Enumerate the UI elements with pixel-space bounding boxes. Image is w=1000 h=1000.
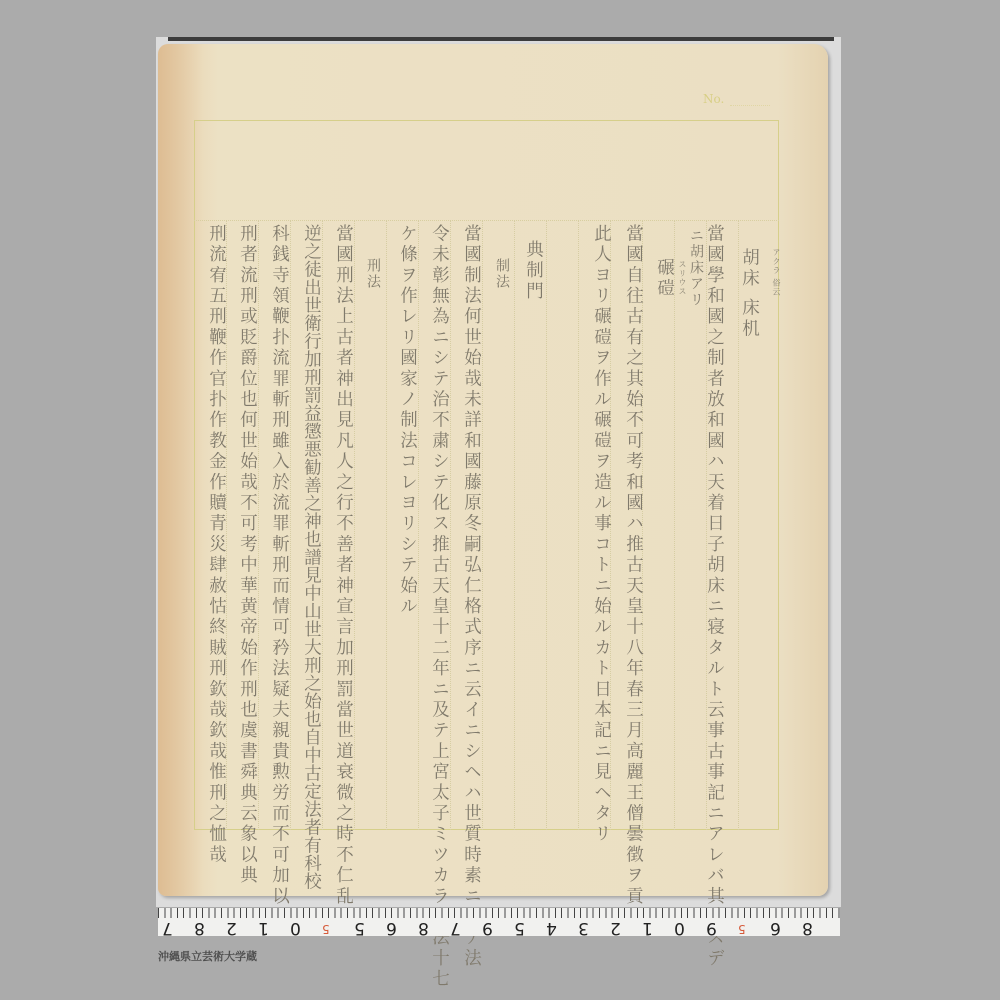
ruler-number: 8: [194, 918, 205, 936]
column-text-4: 此人ヨリ碾磑ヲ作ル碾磑ヲ造ル事コトニ始ルカト日本記ニ見ヘタリ: [592, 224, 610, 845]
column-rule: [674, 220, 675, 830]
ruler-number: 3: [578, 918, 589, 936]
measuring-ruler: 782105568795432109568: [158, 908, 840, 936]
heading-kosho: 胡床 床机: [740, 248, 758, 340]
cover-edge: [168, 37, 834, 41]
column-text-6: 令未彰無為ニシテ治不粛シテ化ス推古天皇十二年ニ及テ上宮太子ミツカラ憲法十七: [430, 224, 448, 990]
ruler-number: 8: [802, 918, 813, 936]
column-rule: [418, 220, 419, 830]
column-rule: [450, 220, 451, 830]
ruler-number: 6: [386, 918, 397, 936]
column-text-5: 當國制法何世始哉未詳和國藤原冬嗣弘仁格式序ニ云イニシヘハ世質時素ニシテ法: [462, 224, 480, 969]
header-rule: [194, 220, 779, 221]
ruler-number: 8: [418, 918, 429, 936]
ruler-number: 5: [354, 918, 365, 936]
column-text-10: 科銭寺領鞭扑流罪斬刑雖入於流罪斬刑而情可矜法疑夫親貴勲労而不可加以: [270, 224, 288, 907]
ruler-number: 9: [706, 918, 717, 936]
section-heading-tensei: 典制門: [524, 240, 542, 302]
column-rule: [578, 220, 579, 830]
column-rule: [482, 220, 483, 830]
ruler-number: 5: [738, 922, 746, 936]
column-text-8: 當國刑法上古者神出見凡人之行不善者神宣言加刑罰當世道衰微之時不仁乱: [334, 224, 352, 907]
heading-surusu: 碾磑: [655, 258, 673, 299]
column-text-3: 當國自往古有之其始不可考和國ハ推古天皇十八年春三月高麗王僧曇徴ヲ貢ル: [624, 224, 642, 928]
column-rule: [290, 220, 291, 830]
column-text-11: 刑者流刑或貶爵位也何世始哉不可考中華黄帝始作刑也虞書舜典云象以典: [238, 224, 256, 886]
page-number-field: [730, 105, 770, 106]
ruler-number: 9: [482, 918, 493, 936]
ruler-number: 6: [770, 918, 781, 936]
ruler-ticks: [158, 908, 840, 918]
ruby-kosho: アクラ 俗云: [772, 248, 780, 297]
ruler-number: 1: [642, 918, 653, 936]
ruby-surusu: スリウス: [678, 260, 686, 296]
ruler-number: 0: [674, 918, 685, 936]
ruler-number: 4: [546, 918, 557, 936]
column-text-9: 逆之徒出世衛行加刑罰益懲悪勧善之神也譜見中山世大刑之始也自中古定法者有科校: [302, 224, 320, 890]
column-text-12: 刑流宥五刑鞭作官扑作教金作贖青災肆赦怙終賊刑欽哉欽哉惟刑之恤哉: [207, 224, 225, 866]
subheading-keiho: 刑法: [366, 258, 380, 290]
column-rule: [258, 220, 259, 830]
page-number-label: No.: [703, 92, 724, 106]
ruler-number: 0: [290, 918, 301, 936]
ruler-number: 5: [322, 922, 330, 936]
column-rule: [546, 220, 547, 830]
ruler-number: 5: [514, 918, 525, 936]
ruler-number: 2: [610, 918, 621, 936]
column-text-1: 當國學和國之制者放和國ハ天着日子胡床ニ寝タルト云事古事記ニアレバ其時スデ: [705, 224, 723, 969]
column-rule: [738, 220, 739, 830]
column-rule: [386, 220, 387, 830]
subheading-seiho: 制法: [495, 258, 509, 290]
ruler-number: 7: [162, 918, 173, 936]
column-rule: [354, 220, 355, 830]
ruler-number: 1: [258, 918, 269, 936]
column-rule: [322, 220, 323, 830]
ruler-number: 7: [450, 918, 461, 936]
column-text-7: ケ條ヲ作レリ國家ノ制法コレヨリシテ始ル: [398, 224, 416, 617]
collection-credit: 沖縄県立芸術大学蔵: [158, 948, 257, 964]
column-text-2: ニ胡床アリ: [689, 228, 703, 308]
column-rule: [514, 220, 515, 830]
ruler-number: 2: [226, 918, 237, 936]
